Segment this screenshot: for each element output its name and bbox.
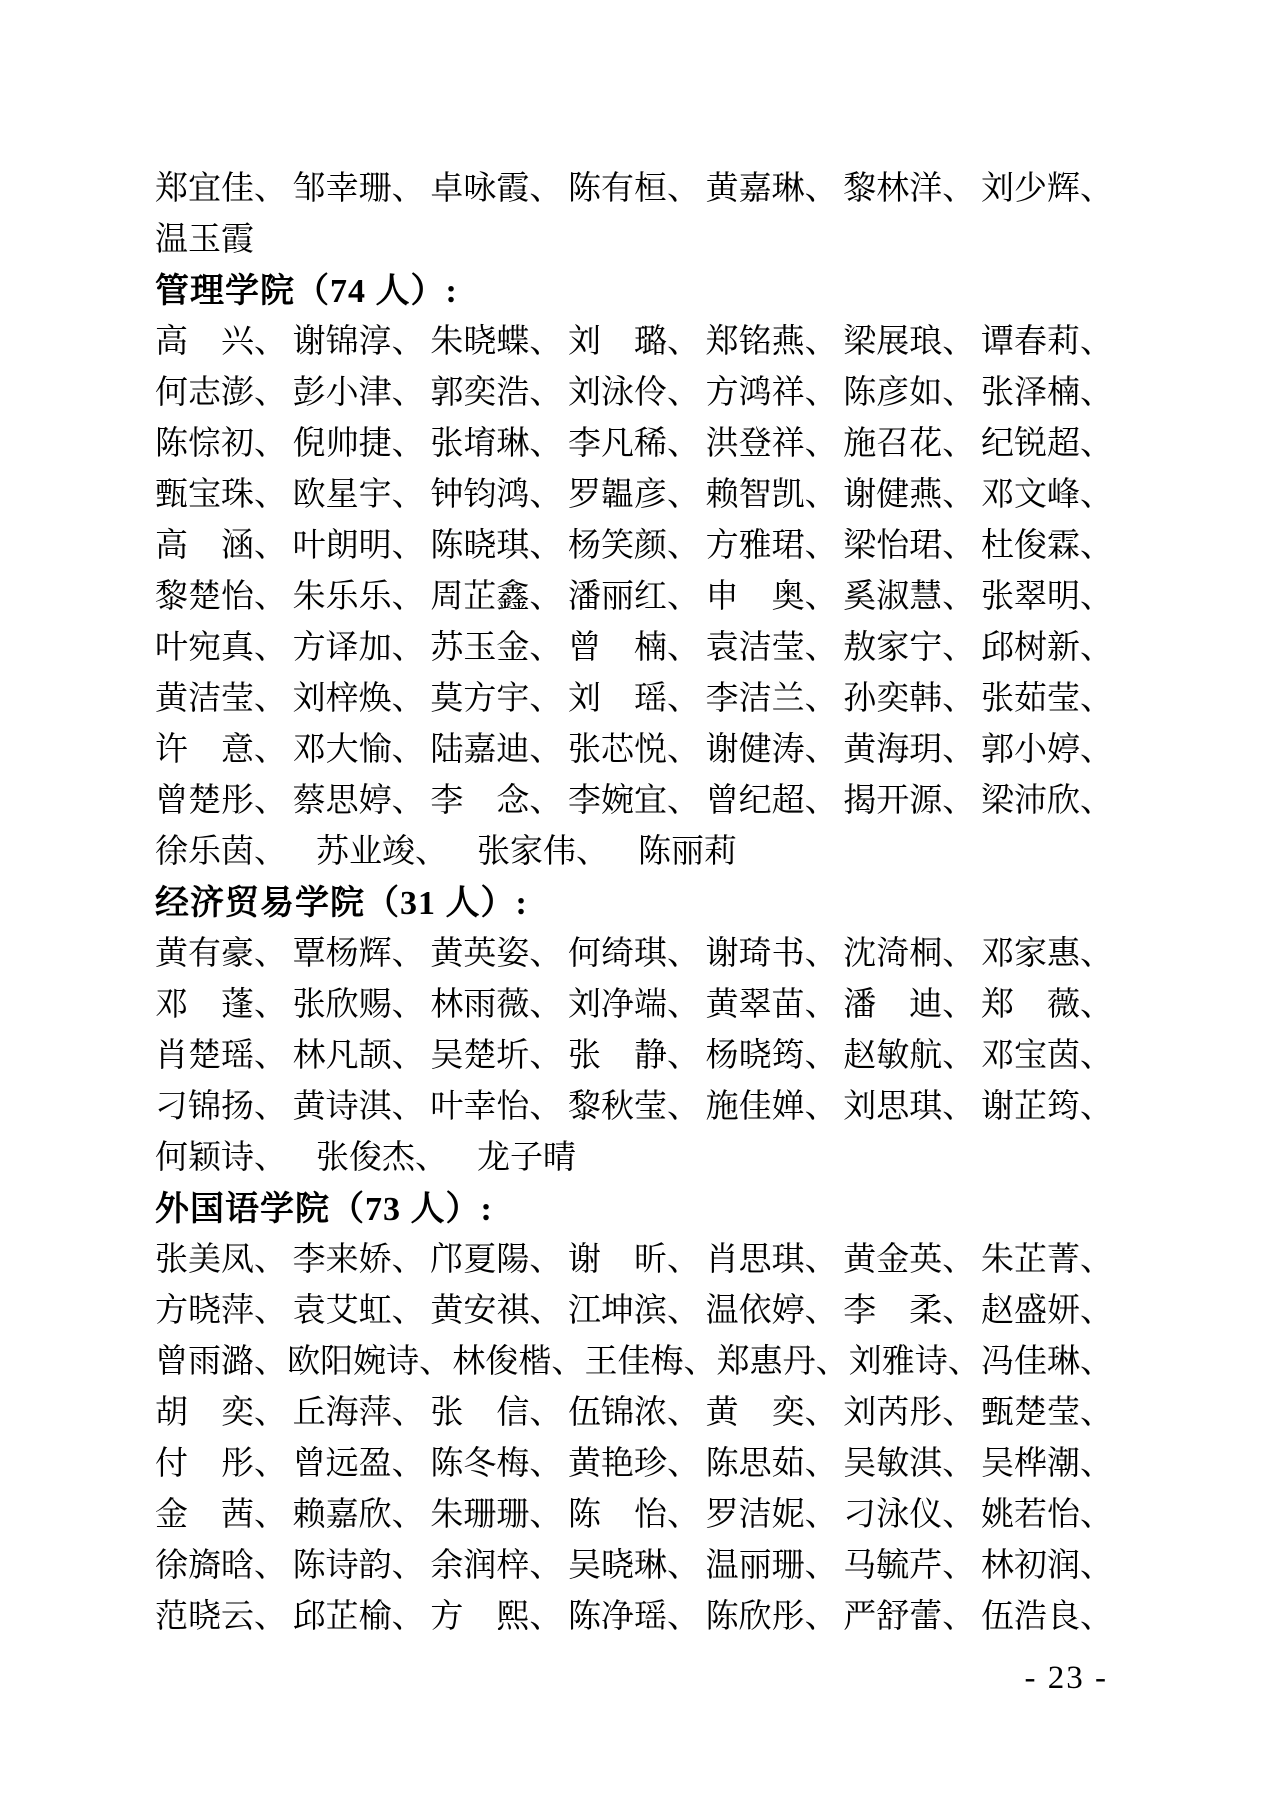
student-name: 张茹莹、 <box>981 672 1113 719</box>
student-name: 黄海玥、 <box>843 723 975 770</box>
student-name: 黎秋莹、 <box>568 1080 700 1127</box>
section-heading: 管理学院（74 人）: <box>155 262 1113 313</box>
student-name: 袁洁莹、 <box>706 621 838 668</box>
student-name: 陈思茹、 <box>706 1437 838 1484</box>
student-name: 丘海萍、 <box>293 1386 425 1433</box>
student-name: 莫方宇、 <box>430 672 562 719</box>
student-name: 倪帅捷、 <box>293 417 425 464</box>
name-row: 温玉霞 <box>155 211 1113 262</box>
student-name: 刘泳伶、 <box>568 366 700 413</box>
student-name: 黄洁莹、 <box>155 672 287 719</box>
student-name: 许 意、 <box>155 723 287 770</box>
document-body: 郑宜佳、邹幸珊、卓咏霞、陈有桓、黄嘉琳、黎林洋、刘少辉、温玉霞管理学院（74 人… <box>155 160 1113 1639</box>
student-name: 陈丽莉 <box>638 825 737 872</box>
student-name: 范晓云、 <box>155 1590 287 1637</box>
student-name: 黎楚怡、 <box>155 570 287 617</box>
student-name: 邓宝茵、 <box>981 1029 1113 1076</box>
name-row: 何志澎、彭小津、郭奕浩、刘泳伶、方鸿祥、陈彦如、张泽楠、 <box>155 364 1113 415</box>
student-name: 杨笑颜、 <box>568 519 700 566</box>
student-name: 朱珊珊、 <box>430 1488 562 1535</box>
student-name: 苏业竣、 <box>316 825 448 872</box>
student-name: 曾雨潞、 <box>155 1335 287 1382</box>
student-name: 林俊楷、 <box>452 1335 584 1382</box>
student-name: 叶宛真、 <box>155 621 287 668</box>
student-name: 李 念、 <box>430 774 562 821</box>
name-row: 黄洁莹、刘梓焕、莫方宇、刘 瑶、李洁兰、孙奕韩、张茹莹、 <box>155 670 1113 721</box>
student-name: 郭小婷、 <box>981 723 1113 770</box>
student-name: 黄诗淇、 <box>293 1080 425 1127</box>
student-name: 朱乐乐、 <box>293 570 425 617</box>
student-name: 甄宝珠、 <box>155 468 287 515</box>
student-name: 敖家宁、 <box>843 621 975 668</box>
student-name: 方鸿祥、 <box>706 366 838 413</box>
name-row: 方晓萍、袁艾虹、黄安祺、江坤滨、温依婷、李 柔、赵盛妍、 <box>155 1282 1113 1333</box>
student-name: 邹幸珊、 <box>293 162 425 209</box>
name-row: 徐旖晗、陈诗韵、余润梓、吴晓琳、温丽珊、马毓芹、林初润、 <box>155 1537 1113 1588</box>
student-name: 方译加、 <box>293 621 425 668</box>
student-name: 叶幸怡、 <box>430 1080 562 1127</box>
student-name: 张 静、 <box>568 1029 700 1076</box>
student-name: 陆嘉迪、 <box>430 723 562 770</box>
student-name: 陈有桓、 <box>568 162 700 209</box>
student-name: 李婉宜、 <box>568 774 700 821</box>
name-row: 付 彤、曾远盈、陈冬梅、黄艳珍、陈思茹、吴敏淇、吴桦潮、 <box>155 1435 1113 1486</box>
student-name: 潘 迪、 <box>843 978 975 1025</box>
student-name: 方晓萍、 <box>155 1284 287 1331</box>
student-name: 施佳婵、 <box>706 1080 838 1127</box>
student-name: 黄英姿、 <box>430 927 562 974</box>
student-name: 卓咏霞、 <box>430 162 562 209</box>
name-row: 何颖诗、张俊杰、龙子晴 <box>155 1129 1113 1180</box>
name-row: 陈悰初、倪帅捷、张堉琳、李凡稀、洪登祥、施召花、纪锐超、 <box>155 415 1113 466</box>
student-name: 王佳梅、 <box>584 1335 716 1382</box>
name-row: 邓 蓬、张欣赐、林雨薇、刘净端、黄翠苗、潘 迪、郑 薇、 <box>155 976 1113 1027</box>
student-name: 胡 奕、 <box>155 1386 287 1433</box>
student-name: 刘净端、 <box>568 978 700 1025</box>
student-name: 黄艳珍、 <box>568 1437 700 1484</box>
student-name: 梁展琅、 <box>843 315 975 362</box>
student-name: 马毓芹、 <box>843 1539 975 1586</box>
student-name: 伍锦浓、 <box>568 1386 700 1433</box>
student-name: 施召花、 <box>843 417 975 464</box>
student-name: 肖楚瑶、 <box>155 1029 287 1076</box>
student-name: 潘丽红、 <box>568 570 700 617</box>
section-heading: 经济贸易学院（31 人）: <box>155 874 1113 925</box>
student-name: 张 信、 <box>430 1386 562 1433</box>
student-name: 陈诗韵、 <box>293 1539 425 1586</box>
student-name: 邓家惠、 <box>981 927 1113 974</box>
student-name: 陈净瑶、 <box>568 1590 700 1637</box>
student-name: 张美凤、 <box>155 1233 287 1280</box>
student-name: 刘思琪、 <box>843 1080 975 1127</box>
student-name: 刘芮彤、 <box>843 1386 975 1433</box>
student-name: 郑惠丹、 <box>717 1335 849 1382</box>
student-name: 钟钧鸿、 <box>430 468 562 515</box>
student-name: 曾 楠、 <box>568 621 700 668</box>
name-row: 徐乐茵、苏业竣、张家伟、陈丽莉 <box>155 823 1113 874</box>
student-name: 蔡思婷、 <box>293 774 425 821</box>
name-row: 张美凤、李来娇、邝夏陽、谢 昕、肖思琪、黄金英、朱芷菁、 <box>155 1231 1113 1282</box>
student-name: 郑 薇、 <box>981 978 1113 1025</box>
page-number: - 23 - <box>1025 1660 1108 1697</box>
student-name: 赵盛妍、 <box>981 1284 1113 1331</box>
student-name: 李凡稀、 <box>568 417 700 464</box>
student-name: 曾远盈、 <box>293 1437 425 1484</box>
student-name: 陈彦如、 <box>843 366 975 413</box>
student-name: 陈悰初、 <box>155 417 287 464</box>
student-name: 罗洁妮、 <box>706 1488 838 1535</box>
student-name: 彭小津、 <box>293 366 425 413</box>
student-name: 何颖诗、 <box>155 1131 287 1178</box>
student-name: 姚若怡、 <box>981 1488 1113 1535</box>
student-name: 郭奕浩、 <box>430 366 562 413</box>
name-row: 曾楚彤、蔡思婷、李 念、李婉宜、曾纪超、揭开源、梁沛欣、 <box>155 772 1113 823</box>
student-name: 赖智凯、 <box>706 468 838 515</box>
student-name: 朱晓蝶、 <box>430 315 562 362</box>
student-name: 邓文峰、 <box>981 468 1113 515</box>
student-name: 邱芷榆、 <box>293 1590 425 1637</box>
name-row: 许 意、邓大愉、陆嘉迪、张芯悦、谢健涛、黄海玥、郭小婷、 <box>155 721 1113 772</box>
student-name: 谢健涛、 <box>706 723 838 770</box>
student-name: 覃杨辉、 <box>293 927 425 974</box>
student-name: 江坤滨、 <box>568 1284 700 1331</box>
student-name: 吴桦潮、 <box>981 1437 1113 1484</box>
student-name: 赖嘉欣、 <box>293 1488 425 1535</box>
document-page: 郑宜佳、邹幸珊、卓咏霞、陈有桓、黄嘉琳、黎林洋、刘少辉、温玉霞管理学院（74 人… <box>0 0 1266 1793</box>
student-name: 奚淑慧、 <box>843 570 975 617</box>
student-name: 刁泳仪、 <box>843 1488 975 1535</box>
student-name: 罗韞彦、 <box>568 468 700 515</box>
student-name: 谢锦淳、 <box>293 315 425 362</box>
student-name: 林初润、 <box>981 1539 1113 1586</box>
student-name: 杜俊霖、 <box>981 519 1113 566</box>
student-name: 温丽珊、 <box>706 1539 838 1586</box>
student-name: 刘 瑶、 <box>568 672 700 719</box>
student-name: 梁怡珺、 <box>843 519 975 566</box>
student-name: 刘少辉、 <box>981 162 1113 209</box>
student-name: 申 奥、 <box>706 570 838 617</box>
student-name: 林凡颉、 <box>293 1029 425 1076</box>
student-name: 朱芷菁、 <box>981 1233 1113 1280</box>
student-name: 谢健燕、 <box>843 468 975 515</box>
student-name: 梁沛欣、 <box>981 774 1113 821</box>
student-name: 谢 昕、 <box>568 1233 700 1280</box>
student-name: 沈渏桐、 <box>843 927 975 974</box>
student-name: 李 柔、 <box>843 1284 975 1331</box>
name-row: 曾雨潞、欧阳婉诗、林俊楷、王佳梅、郑惠丹、刘雅诗、冯佳琳、 <box>155 1333 1113 1384</box>
student-name: 张俊杰、 <box>316 1131 448 1178</box>
student-name: 陈欣彤、 <box>706 1590 838 1637</box>
student-name: 曾纪超、 <box>706 774 838 821</box>
student-name: 黎林洋、 <box>843 162 975 209</box>
student-name: 徐乐茵、 <box>155 825 287 872</box>
student-name: 余润梓、 <box>430 1539 562 1586</box>
student-name: 曾楚彤、 <box>155 774 287 821</box>
name-row: 黎楚怡、朱乐乐、周芷鑫、潘丽红、申 奥、奚淑慧、张翠明、 <box>155 568 1113 619</box>
student-name: 何绮琪、 <box>568 927 700 974</box>
student-name: 陈冬梅、 <box>430 1437 562 1484</box>
student-name: 李洁兰、 <box>706 672 838 719</box>
student-name: 谢芷筠、 <box>981 1080 1113 1127</box>
student-name: 张翠明、 <box>981 570 1113 617</box>
student-name: 洪登祥、 <box>706 417 838 464</box>
section-heading: 外国语学院（73 人）: <box>155 1180 1113 1231</box>
student-name: 邓 蓬、 <box>155 978 287 1025</box>
student-name: 刁锦扬、 <box>155 1080 287 1127</box>
student-name: 郑宜佳、 <box>155 162 287 209</box>
student-name: 伍浩良、 <box>981 1590 1113 1637</box>
student-name: 邱树新、 <box>981 621 1113 668</box>
student-name: 苏玉金、 <box>430 621 562 668</box>
student-name: 张家伟、 <box>477 825 609 872</box>
student-name: 温依婷、 <box>706 1284 838 1331</box>
name-row: 甄宝珠、欧星宇、钟钧鸿、罗韞彦、赖智凯、谢健燕、邓文峰、 <box>155 466 1113 517</box>
student-name: 袁艾虹、 <box>293 1284 425 1331</box>
student-name: 刘雅诗、 <box>849 1335 981 1382</box>
student-name: 肖思琪、 <box>706 1233 838 1280</box>
student-name: 赵敏航、 <box>843 1029 975 1076</box>
student-name: 叶朗明、 <box>293 519 425 566</box>
student-name: 欧星宇、 <box>293 468 425 515</box>
student-name: 孙奕韩、 <box>843 672 975 719</box>
name-row: 叶宛真、方译加、苏玉金、曾 楠、袁洁莹、敖家宁、邱树新、 <box>155 619 1113 670</box>
student-name: 张泽楠、 <box>981 366 1113 413</box>
student-name: 温玉霞 <box>155 213 254 260</box>
student-name: 邓大愉、 <box>293 723 425 770</box>
student-name: 陈晓琪、 <box>430 519 562 566</box>
student-name: 何志澎、 <box>155 366 287 413</box>
student-name: 谭春莉、 <box>981 315 1113 362</box>
student-name: 严舒蕾、 <box>843 1590 975 1637</box>
student-name: 龙子晴 <box>477 1131 576 1178</box>
student-name: 周芷鑫、 <box>430 570 562 617</box>
student-name: 欧阳婉诗、 <box>287 1335 452 1382</box>
student-name: 黄翠苗、 <box>706 978 838 1025</box>
student-name: 吴晓琳、 <box>568 1539 700 1586</box>
name-row: 范晓云、邱芷榆、方 熙、陈净瑶、陈欣彤、严舒蕾、伍浩良、 <box>155 1588 1113 1639</box>
student-name: 陈 怡、 <box>568 1488 700 1535</box>
student-name: 吴楚圻、 <box>430 1029 562 1076</box>
student-name: 黄嘉琳、 <box>706 162 838 209</box>
student-name: 方雅珺、 <box>706 519 838 566</box>
student-name: 谢琦书、 <box>706 927 838 974</box>
name-row: 金 茜、赖嘉欣、朱珊珊、陈 怡、罗洁妮、刁泳仪、姚若怡、 <box>155 1486 1113 1537</box>
student-name: 金 茜、 <box>155 1488 287 1535</box>
student-name: 张欣赐、 <box>293 978 425 1025</box>
student-name: 黄有豪、 <box>155 927 287 974</box>
name-row: 胡 奕、丘海萍、张 信、伍锦浓、黄 奕、刘芮彤、甄楚莹、 <box>155 1384 1113 1435</box>
student-name: 冯佳琳、 <box>981 1335 1113 1382</box>
student-name: 揭开源、 <box>843 774 975 821</box>
name-row: 高 涵、叶朗明、陈晓琪、杨笑颜、方雅珺、梁怡珺、杜俊霖、 <box>155 517 1113 568</box>
student-name: 吴敏淇、 <box>843 1437 975 1484</box>
student-name: 李来娇、 <box>293 1233 425 1280</box>
name-row: 肖楚瑶、林凡颉、吴楚圻、张 静、杨晓筠、赵敏航、邓宝茵、 <box>155 1027 1113 1078</box>
student-name: 黄 奕、 <box>706 1386 838 1433</box>
student-name: 纪锐超、 <box>981 417 1113 464</box>
student-name: 付 彤、 <box>155 1437 287 1484</box>
student-name: 黄安祺、 <box>430 1284 562 1331</box>
student-name: 郑铭燕、 <box>706 315 838 362</box>
student-name: 甄楚莹、 <box>981 1386 1113 1433</box>
name-row: 高 兴、谢锦淳、朱晓蝶、刘 璐、郑铭燕、梁展琅、谭春莉、 <box>155 313 1113 364</box>
student-name: 刘 璐、 <box>568 315 700 362</box>
student-name: 张堉琳、 <box>430 417 562 464</box>
name-row: 刁锦扬、黄诗淇、叶幸怡、黎秋莹、施佳婵、刘思琪、谢芷筠、 <box>155 1078 1113 1129</box>
name-row: 郑宜佳、邹幸珊、卓咏霞、陈有桓、黄嘉琳、黎林洋、刘少辉、 <box>155 160 1113 211</box>
name-row: 黄有豪、覃杨辉、黄英姿、何绮琪、谢琦书、沈渏桐、邓家惠、 <box>155 925 1113 976</box>
student-name: 邝夏陽、 <box>430 1233 562 1280</box>
student-name: 高 兴、 <box>155 315 287 362</box>
student-name: 黄金英、 <box>843 1233 975 1280</box>
student-name: 林雨薇、 <box>430 978 562 1025</box>
student-name: 刘梓焕、 <box>293 672 425 719</box>
student-name: 杨晓筠、 <box>706 1029 838 1076</box>
student-name: 张芯悦、 <box>568 723 700 770</box>
student-name: 方 熙、 <box>430 1590 562 1637</box>
student-name: 徐旖晗、 <box>155 1539 287 1586</box>
student-name: 高 涵、 <box>155 519 287 566</box>
